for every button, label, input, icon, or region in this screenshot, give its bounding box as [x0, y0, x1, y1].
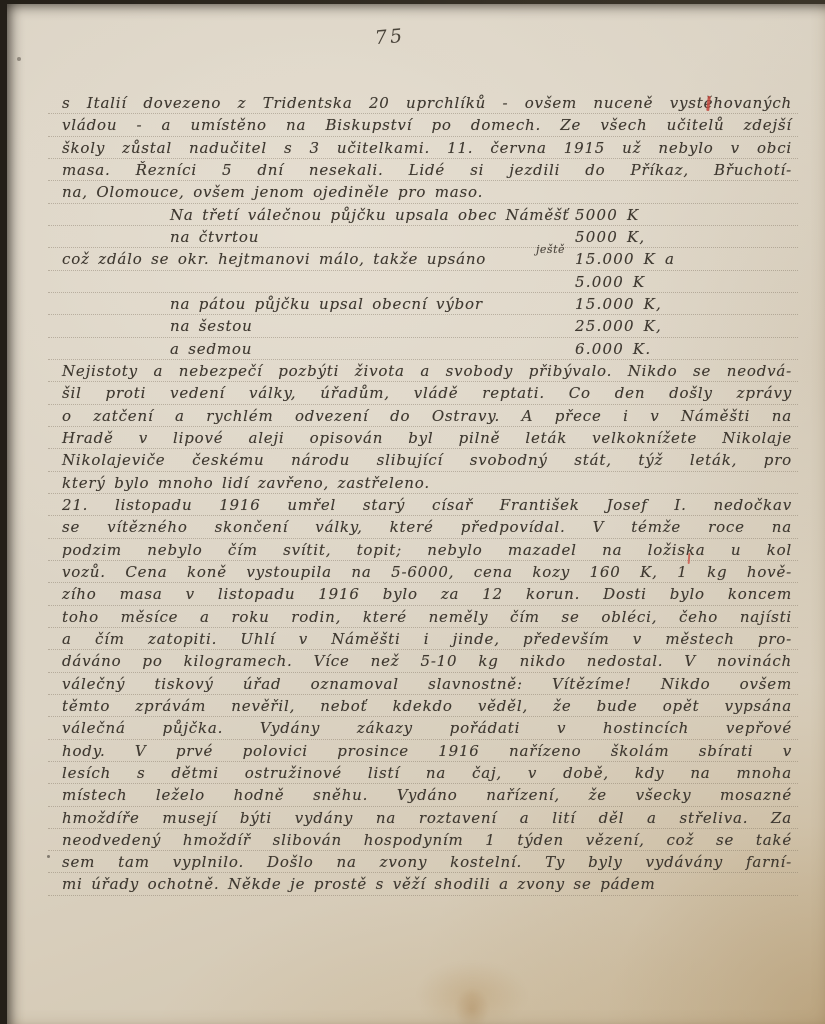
text-line: a čím zatopiti. Uhlí v Náměšti i jinde, …	[48, 628, 798, 650]
text-line: Nejistoty a nebezpečí pozbýti života a s…	[48, 360, 798, 382]
handwritten-text-block: s Italií dovezeno z Tridentska 20 uprchl…	[48, 92, 798, 896]
paper-stain	[417, 962, 527, 1024]
loan-line: na šestou25.000 K,	[48, 315, 798, 337]
text-line: lesích s dětmi ostružinové listí na čaj,…	[48, 762, 798, 784]
loan-line: na čtvrtou5000 K,	[48, 226, 798, 248]
loan-label: Na třetí válečnou půjčku upsala obec Nám…	[170, 204, 569, 227]
text-line: dáváno po kilogramech. Více než 5-10 kg …	[48, 650, 798, 672]
text-line: masa. Řezníci 5 dní nesekali. Lidé si je…	[48, 159, 798, 181]
text-line: šil proti vedení války, úřadům, vládě re…	[48, 382, 798, 404]
loan-line: a sedmou6.000 K.	[48, 338, 798, 360]
loan-amount: 5.000 K	[575, 271, 745, 294]
loan-amount: 5000 K	[575, 204, 745, 227]
manuscript-page: 75 s Italií dovezeno z Tridentska 20 upr…	[7, 4, 825, 1024]
text-line: zího masa v listopadu 1916 bylo za 12 ko…	[48, 583, 798, 605]
text-line: s Italií dovezeno z Tridentska 20 uprchl…	[48, 92, 798, 114]
text-line: místech leželo hodně sněhu. Vydáno naříz…	[48, 784, 798, 806]
text-line: Nikolajeviče českému národu slibující sv…	[48, 449, 798, 471]
loan-amount: 5000 K,	[575, 226, 745, 249]
scanned-page-background: { "page": { "number": "75" }, "colors": …	[0, 0, 825, 1024]
text-line: toho měsíce a roku rodin, které neměly č…	[48, 606, 798, 628]
page-number: 75	[354, 23, 426, 51]
loan-label: na čtvrtou	[170, 226, 259, 249]
text-line: vládou - a umístěno na Biskupství po dom…	[48, 114, 798, 136]
text-line: který bylo mnoho lidí zavřeno, zastřelen…	[48, 472, 798, 494]
inserted-word: ještě	[536, 239, 565, 262]
text-line: o zatčení a rychlém odvezení do Ostravy.…	[48, 405, 798, 427]
text-line: hody. V prvé polovici prosince 1916 naří…	[48, 740, 798, 762]
text-line: neodvedený hmoždíř slibován hospodyním 1…	[48, 829, 798, 851]
text-line: Hradě v lipové aleji opisován byl pilně …	[48, 427, 798, 449]
text-line: podzim nebylo čím svítit, topit; nebylo …	[48, 539, 798, 561]
loan-label: a sedmou	[170, 338, 252, 361]
paper-speck	[17, 57, 21, 61]
paper-stain	[455, 989, 489, 1024]
loan-amount: 25.000 K,	[575, 315, 745, 338]
text-line: válečná půjčka. Vydány zákazy pořádati v…	[48, 717, 798, 739]
loan-line: na pátou půjčku upsal obecní výbor15.000…	[48, 293, 798, 315]
text-line: vozů. Cena koně vystoupila na 5-6000, ce…	[48, 561, 798, 583]
text-line: na, Olomouce, ovšem jenom ojediněle pro …	[48, 181, 798, 203]
text-line: školy zůstal nadučitel s 3 učitelkami. 1…	[48, 137, 798, 159]
text-line: sem tam vyplnilo. Došlo na zvony kosteln…	[48, 851, 798, 873]
text-line: válečný tiskový úřad oznamoval slavnostn…	[48, 673, 798, 695]
text-line: těmto zprávám nevěřil, neboť kdekdo vědě…	[48, 695, 798, 717]
loan-amount: 15.000 K,	[575, 293, 745, 316]
text-line: 21. listopadu 1916 umřel starý císař Fra…	[48, 494, 798, 516]
text-line: mi úřady ochotně. Někde je prostě s věží…	[48, 873, 798, 895]
loan-amount: 6.000 K.	[575, 338, 745, 361]
text-line: se vítězného skončení války, které předp…	[48, 516, 798, 538]
loan-label: na šestou	[170, 315, 253, 338]
loan-line: Na třetí válečnou půjčku upsala obec Nám…	[48, 204, 798, 226]
loan-line: 5.000 K	[48, 271, 798, 293]
text-line: hmoždíře musejí býti vydány na roztavení…	[48, 807, 798, 829]
loan-amount: 15.000 K a	[575, 248, 745, 271]
loan-label: na pátou půjčku upsal obecní výbor	[170, 293, 483, 316]
loan-label: což zdálo se okr. hejtmanovi málo, takže…	[62, 248, 486, 271]
loan-line: což zdálo se okr. hejtmanovi málo, takže…	[48, 248, 798, 270]
